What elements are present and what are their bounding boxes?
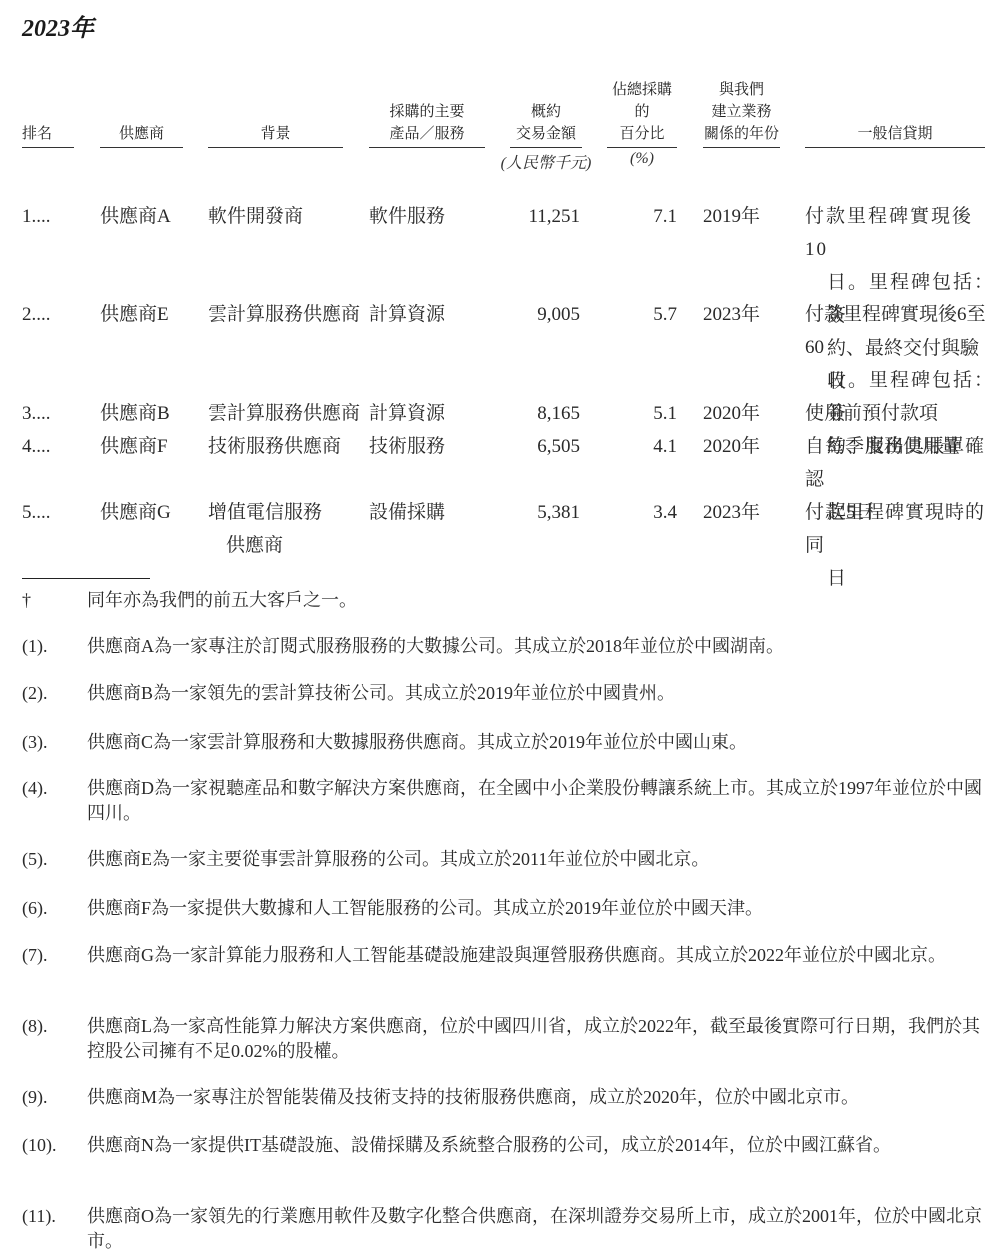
cell-credit: 付款里程碑實現時的同 日	[805, 496, 995, 595]
header-rule	[805, 147, 985, 148]
header-products-line1: 採購的主要	[369, 100, 485, 122]
header-rule	[22, 147, 74, 148]
footnote-text: 供應商A為一家專注於訂閱式服務服務的大數據公司。其成立於2018年並位於中國湖南…	[87, 634, 987, 659]
footnote-mark: (8).	[22, 1014, 87, 1064]
header-rule	[607, 147, 677, 148]
header-credit-label: 一般信貸期	[805, 122, 985, 144]
footnote-item: (3). 供應商C為一家雲計算服務和大數據服務供應商。其成立於2019年並位於中…	[22, 730, 987, 755]
cell-supplier: 供應商A	[100, 200, 171, 233]
cell-percent: 4.1	[620, 430, 677, 463]
footnote-item: (10). 供應商N為一家提供IT基礎設施、設備採購及系統整合服務的公司，成立於…	[22, 1133, 987, 1158]
header-since-line2: 建立業務	[703, 100, 780, 122]
background-line: 增值電信服務	[208, 496, 322, 529]
cell-products: 設備採購	[369, 496, 445, 529]
cell-amount: 11,251	[500, 200, 580, 233]
footnote-text: 供應商F為一家提供大數據和人工智能服務的公司。其成立於2019年並位於中國天津。	[87, 896, 987, 921]
cell-background: 雲計算服務供應商	[208, 298, 360, 331]
credit-line: 自每季度出具賬單確認	[805, 430, 995, 496]
unit-percent: (%)	[607, 150, 677, 168]
cell-supplier: 供應商F	[100, 430, 168, 463]
header-since-line3: 關係的年份	[703, 122, 780, 144]
header-rule	[100, 147, 183, 148]
footnote-divider	[22, 578, 150, 579]
footnote-text: 供應商N為一家提供IT基礎設施、設備採購及系統整合服務的公司，成立於2014年，…	[87, 1133, 987, 1158]
footnote-text: 供應商D為一家視聽產品和數字解決方案供應商，在全國中小企業股份轉讓系統上市。其成…	[87, 776, 987, 826]
header-background-label: 背景	[208, 122, 343, 144]
footnote-mark: (1).	[22, 634, 87, 659]
footnote-text: 供應商E為一家主要從事雲計算服務的公司。其成立於2011年並位於中國北京。	[87, 847, 987, 872]
cell-supplier: 供應商E	[100, 298, 169, 331]
cell-supplier: 供應商G	[100, 496, 171, 529]
header-amount: 概約 交易金額	[510, 74, 582, 148]
footnote-item: (1). 供應商A為一家專注於訂閱式服務服務的大數據公司。其成立於2018年並位…	[22, 634, 987, 659]
header-percent-line2: 百分比	[607, 122, 677, 144]
header-supplier-label: 供應商	[100, 122, 183, 144]
footnote-mark: (11).	[22, 1204, 87, 1254]
footnote-item: † 同年亦為我們的前五大客戶之一。	[22, 588, 987, 613]
footnote-mark: (6).	[22, 896, 87, 921]
footnote-item: (2). 供應商B為一家領先的雲計算技術公司。其成立於2019年並位於中國貴州。	[22, 681, 987, 706]
header-amount-line1: 概約	[510, 100, 582, 122]
cell-amount: 6,505	[500, 430, 580, 463]
footnote-mark: (4).	[22, 776, 87, 826]
cell-background: 軟件開發商	[208, 200, 303, 233]
footnote-text: 同年亦為我們的前五大客戶之一。	[87, 588, 987, 613]
footnote-mark: (9).	[22, 1085, 87, 1110]
header-credit: 一般信貸期	[805, 96, 985, 148]
background-line: 供應商	[208, 529, 322, 562]
cell-percent: 3.4	[620, 496, 677, 529]
cell-background: 增值電信服務 供應商	[208, 496, 322, 562]
footnote-item: (5). 供應商E為一家主要從事雲計算服務的公司。其成立於2011年並位於中國北…	[22, 847, 987, 872]
cell-credit: 使用前預付款項	[805, 397, 995, 430]
cell-rank: 5....	[22, 496, 51, 529]
footnote-text: 供應商M為一家專注於智能裝備及技術支持的技術服務供應商，成立於2020年，位於中…	[87, 1085, 987, 1110]
cell-since: 2020年	[703, 430, 760, 463]
cell-rank: 4....	[22, 430, 51, 463]
footnote-text: 供應商C為一家雲計算服務和大數據服務供應商。其成立於2019年並位於中國山東。	[87, 730, 987, 755]
cell-since: 2023年	[703, 496, 760, 529]
footnote-text: 供應商L為一家高性能算力解決方案供應商，位於中國四川省，成立於2022年，截至最…	[87, 1014, 987, 1064]
footnote-mark: (3).	[22, 730, 87, 755]
footnote-item: (4). 供應商D為一家視聽產品和數字解決方案供應商，在全國中小企業股份轉讓系統…	[22, 776, 987, 826]
credit-line: 付款里程碑實現後6至60	[805, 298, 995, 364]
header-amount-line2: 交易金額	[510, 122, 582, 144]
footnote-mark: (2).	[22, 681, 87, 706]
footnote-mark: †	[22, 588, 87, 613]
footnote-text: 供應商G為一家計算能力服務和人工智能基礎設施建設與運營服務供應商。其成立於202…	[87, 943, 987, 968]
cell-percent: 7.1	[620, 200, 677, 233]
footnote-mark: (5).	[22, 847, 87, 872]
header-rule	[510, 147, 582, 148]
cell-products: 技術服務	[369, 430, 445, 463]
footnote-item: (6). 供應商F為一家提供大數據和人工智能服務的公司。其成立於2019年並位於…	[22, 896, 987, 921]
footnote-mark: (10).	[22, 1133, 87, 1158]
cell-rank: 3....	[22, 397, 51, 430]
cell-since: 2020年	[703, 397, 760, 430]
cell-rank: 2....	[22, 298, 51, 331]
cell-supplier: 供應商B	[100, 397, 170, 430]
cell-since: 2023年	[703, 298, 760, 331]
cell-background: 技術服務供應商	[208, 430, 341, 463]
header-rank-label: 排名	[22, 122, 74, 144]
header-products-line2: 產品／服務	[369, 122, 485, 144]
header-rule	[208, 147, 343, 148]
cell-rank: 1....	[22, 200, 51, 233]
footnote-item: (8). 供應商L為一家高性能算力解決方案供應商，位於中國四川省，成立於2022…	[22, 1014, 987, 1064]
header-percent-line1: 佔總採購的	[607, 78, 677, 122]
footnote-mark: (7).	[22, 943, 87, 968]
footnote-text: 供應商B為一家領先的雲計算技術公司。其成立於2019年並位於中國貴州。	[87, 681, 987, 706]
cell-amount: 9,005	[500, 298, 580, 331]
header-rank: 排名	[22, 96, 74, 148]
footnote-item: (11). 供應商O為一家領先的行業應用軟件及數字化整合供應商，在深圳證券交易所…	[22, 1204, 987, 1254]
cell-percent: 5.7	[620, 298, 677, 331]
header-percent: 佔總採購的 百分比	[607, 74, 677, 148]
section-title: 2023年	[22, 8, 94, 43]
credit-line: 付款里程碑實現後10	[805, 200, 995, 266]
footnote-text: 供應商O為一家領先的行業應用軟件及數字化整合供應商，在深圳證券交易所上市，成立於…	[87, 1204, 987, 1254]
cell-amount: 5,381	[500, 496, 580, 529]
footnote-item: (9). 供應商M為一家專注於智能裝備及技術支持的技術服務供應商，成立於2020…	[22, 1085, 987, 1110]
unit-amount: (人民幣千元)	[500, 150, 592, 173]
header-since: 與我們 建立業務 關係的年份	[703, 52, 780, 148]
cell-amount: 8,165	[500, 397, 580, 430]
cell-background: 雲計算服務供應商	[208, 397, 360, 430]
footnote-item: (7). 供應商G為一家計算能力服務和人工智能基礎設施建設與運營服務供應商。其成…	[22, 943, 987, 968]
cell-percent: 5.1	[620, 397, 677, 430]
cell-products: 計算資源	[369, 397, 445, 430]
cell-products: 計算資源	[369, 298, 445, 331]
header-background: 背景	[208, 96, 343, 148]
header-products: 採購的主要 產品／服務	[369, 74, 485, 148]
cell-products: 軟件服務	[369, 200, 445, 233]
header-since-line1: 與我們	[703, 78, 780, 100]
header-rule	[369, 147, 485, 148]
cell-since: 2019年	[703, 200, 760, 233]
header-supplier: 供應商	[100, 96, 183, 148]
header-rule	[703, 147, 780, 148]
credit-line: 使用前預付款項	[805, 397, 995, 430]
credit-line: 付款里程碑實現時的同	[805, 496, 995, 562]
